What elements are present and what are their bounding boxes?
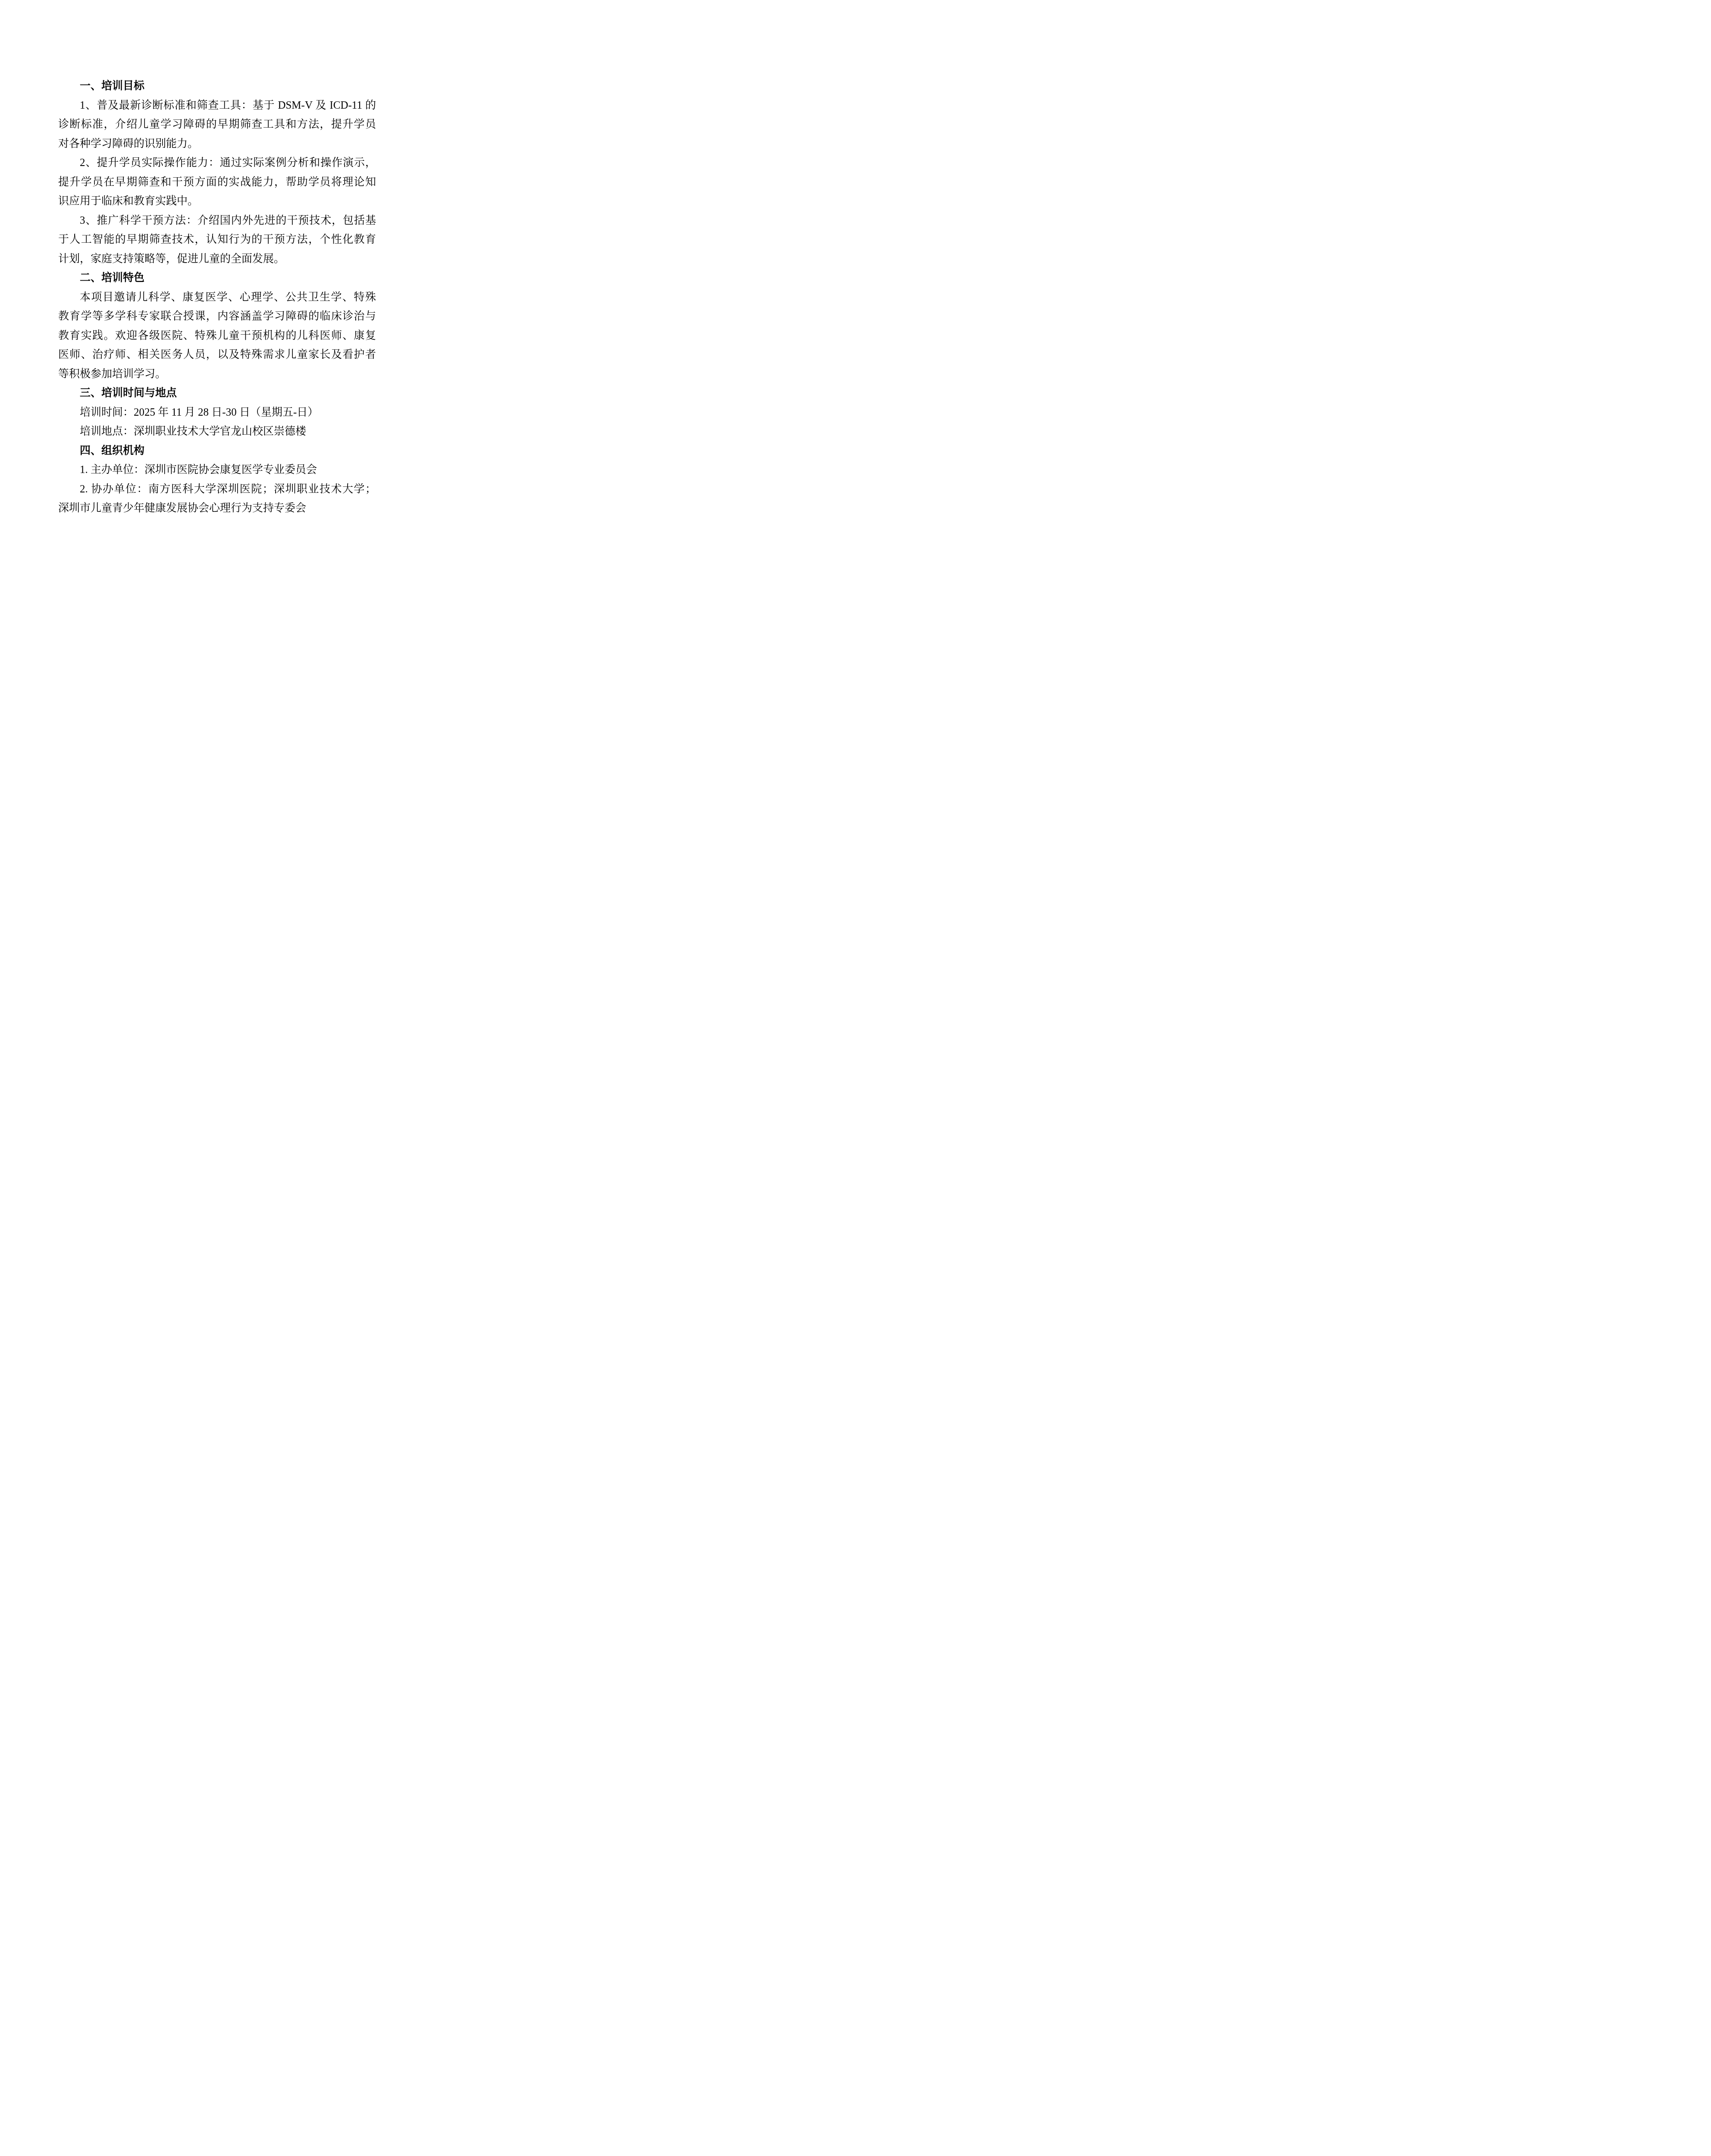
training-time-line: 培训时间：2025 年 11 月 28 日-30 日（星期五-日） [58,403,376,423]
host-unit-line: 1. 主办单位：深圳市医院协会康复医学专业委员会 [58,461,376,480]
features-line-3: 教育实践。欢迎各级医院、特殊儿童干预机构的儿科医师、康复 [58,326,376,346]
objective-1-line-2: 诊断标准，介绍儿童学习障碍的早期筛查工具和方法，提升学员 [58,115,376,135]
heading-organization: 四、组织机构 [58,442,376,461]
training-location-line: 培训地点：深圳职业技术大学官龙山校区崇德楼 [58,422,376,442]
heading-time-and-location: 三、培训时间与地点 [58,384,376,403]
objective-1-line-3: 对各种学习障碍的识别能力。 [58,135,376,154]
objective-2-line-3: 识应用于临床和教育实践中。 [58,192,376,211]
document-page: 一、培训目标 1、普及最新诊断标准和筛查工具：基于 DSM-V 及 ICD-11… [0,0,428,605]
features-line-4: 医师、治疗师、相关医务人员，以及特殊需求儿童家长及看护者 [58,345,376,365]
objective-3-line-1: 3、推广科学干预方法：介绍国内外先进的干预技术，包括基 [58,211,376,231]
features-line-1: 本项目邀请儿科学、康复医学、心理学、公共卫生学、特殊 [58,288,376,307]
heading-training-features: 二、培训特色 [58,269,376,288]
objective-1-line-1: 1、普及最新诊断标准和筛查工具：基于 DSM-V 及 ICD-11 的 [58,96,376,116]
features-line-5: 等积极参加培训学习。 [58,365,376,384]
objective-3-line-2: 于人工智能的早期筛查技术，认知行为的干预方法，个性化教育 [58,230,376,250]
objective-3-line-3: 计划，家庭支持策略等，促进儿童的全面发展。 [58,250,376,269]
co-organizer-line-1: 2. 协办单位：南方医科大学深圳医院；深圳职业技术大学； [58,480,376,499]
co-organizer-line-2: 深圳市儿童青少年健康发展协会心理行为支持专委会 [58,499,376,518]
objective-2-line-1: 2、提升学员实际操作能力：通过实际案例分析和操作演示， [58,154,376,173]
objective-2-line-2: 提升学员在早期筛查和干预方面的实战能力，帮助学员将理论知 [58,173,376,192]
heading-training-objectives: 一、培训目标 [58,77,376,96]
features-line-2: 教育学等多学科专家联合授课，内容涵盖学习障碍的临床诊治与 [58,307,376,326]
